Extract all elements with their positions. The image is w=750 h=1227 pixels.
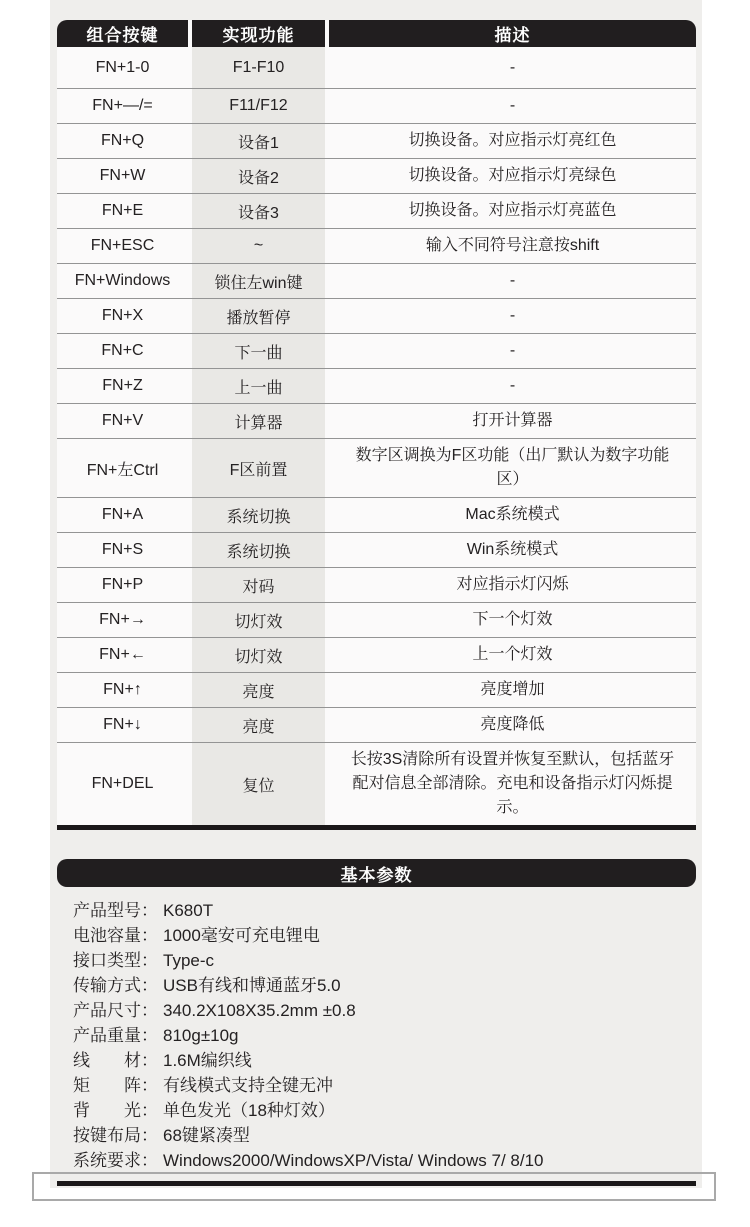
- param-label: 背 光：: [73, 1098, 158, 1123]
- param-value: 单色发光（18种灯效）: [163, 1098, 335, 1123]
- param-label: 线 材：: [73, 1048, 158, 1073]
- cell-keys: FN+Z: [57, 369, 188, 403]
- table-row: FN+—/= F11/F12 -: [57, 89, 696, 124]
- cell-keys: FN+A: [57, 498, 188, 532]
- header-cell-function: 实现功能: [192, 20, 325, 47]
- table-row: FN+P 对码 对应指示灯闪烁: [57, 568, 696, 603]
- cell-function: 系统切换: [188, 498, 329, 532]
- table-body: FN+1-0 F1-F10 - FN+—/= F11/F12 - FN+Q 设备…: [57, 47, 696, 825]
- cell-description: -: [329, 47, 696, 88]
- table-row: FN+左Ctrl F区前置 数字区调换为F区功能（出厂默认为数字功能区）: [57, 439, 696, 498]
- table-row: FN+DEL 复位 长按3S清除所有设置并恢复至默认，包括蓝牙配对信息全部清除。…: [57, 743, 696, 825]
- param-value: USB有线和博通蓝牙5.0: [163, 973, 341, 998]
- cell-keys: FN+↓: [57, 708, 188, 742]
- basic-params-header: 基本参数: [57, 859, 696, 887]
- bottom-cutoff-box: [32, 1172, 716, 1201]
- param-value: 340.2X108X35.2mm ±0.8: [163, 998, 356, 1023]
- cell-keys: FN+1-0: [57, 47, 188, 88]
- table-row: FN+Q 设备1 切换设备。对应指示灯亮红色: [57, 124, 696, 159]
- cell-function: F区前置: [188, 439, 329, 497]
- cell-description: 上一个灯效: [329, 638, 696, 672]
- param-line: 矩 阵： 有线模式支持全键无冲: [73, 1073, 696, 1098]
- cell-keys: FN+S: [57, 533, 188, 567]
- param-line: 接口类型： Type-c: [73, 948, 696, 973]
- table-row: FN+Z 上一曲 -: [57, 369, 696, 404]
- cell-description: 亮度降低: [329, 708, 696, 742]
- cell-function: 切灯效: [188, 603, 329, 637]
- cell-function: 计算器: [188, 404, 329, 438]
- cell-keys: FN+→: [57, 603, 188, 637]
- cell-description: 对应指示灯闪烁: [329, 568, 696, 602]
- cell-description: -: [329, 299, 696, 333]
- param-label: 产品重量：: [73, 1023, 158, 1048]
- param-line: 电池容量： 1000毫安可充电锂电: [73, 923, 696, 948]
- cell-keys: FN+DEL: [57, 743, 188, 825]
- cell-description: 切换设备。对应指示灯亮红色: [329, 124, 696, 158]
- cell-description: 打开计算器: [329, 404, 696, 438]
- cell-function: ~: [188, 229, 329, 263]
- param-label: 接口类型：: [73, 948, 158, 973]
- cell-function: 设备1: [188, 124, 329, 158]
- header-cell-keys: 组合按键: [57, 20, 188, 47]
- param-label: 按键布局：: [73, 1123, 158, 1148]
- cell-keys: FN+V: [57, 404, 188, 438]
- param-value: 68键紧凑型: [163, 1123, 250, 1148]
- cell-description: 下一个灯效: [329, 603, 696, 637]
- param-label: 传输方式：: [73, 973, 158, 998]
- table-row: FN+C 下一曲 -: [57, 334, 696, 369]
- param-label: 产品型号：: [73, 898, 158, 923]
- table-row: FN+E 设备3 切换设备。对应指示灯亮蓝色: [57, 194, 696, 229]
- cell-keys: FN+左Ctrl: [57, 439, 188, 497]
- cell-keys: FN+Q: [57, 124, 188, 158]
- param-value: K680T: [163, 898, 213, 923]
- basic-params-list: 产品型号： K680T 电池容量： 1000毫安可充电锂电 接口类型： Type…: [57, 898, 696, 1173]
- cell-function: 亮度: [188, 673, 329, 707]
- cell-keys: FN+Windows: [57, 264, 188, 298]
- cell-keys: FN+P: [57, 568, 188, 602]
- cell-function: F1-F10: [188, 47, 329, 88]
- cell-keys: FN+ESC: [57, 229, 188, 263]
- param-label: 电池容量：: [73, 923, 158, 948]
- table-row: FN+S 系统切换 Win系统模式: [57, 533, 696, 568]
- param-value: 有线模式支持全键无冲: [163, 1073, 333, 1098]
- cell-function: 系统切换: [188, 533, 329, 567]
- cell-function: 复位: [188, 743, 329, 825]
- cell-keys: FN+C: [57, 334, 188, 368]
- page-panel: 组合按键 实现功能 描述 FN+1-0 F1-F10 - FN+—/= F11/…: [50, 0, 702, 1188]
- param-line: 系统要求： Windows2000/WindowsXP/Vista/ Windo…: [73, 1148, 696, 1173]
- cell-keys: FN+W: [57, 159, 188, 193]
- param-line: 产品型号： K680T: [73, 898, 696, 923]
- cell-function: 下一曲: [188, 334, 329, 368]
- cell-description: 切换设备。对应指示灯亮绿色: [329, 159, 696, 193]
- cell-function: F11/F12: [188, 89, 329, 123]
- param-line: 产品尺寸： 340.2X108X35.2mm ±0.8: [73, 998, 696, 1023]
- cell-function: 切灯效: [188, 638, 329, 672]
- cell-description: Mac系统模式: [329, 498, 696, 532]
- cell-keys: FN+↑: [57, 673, 188, 707]
- cell-description: 数字区调换为F区功能（出厂默认为数字功能区）: [329, 439, 696, 497]
- param-line: 传输方式： USB有线和博通蓝牙5.0: [73, 973, 696, 998]
- table-row: FN+↓ 亮度 亮度降低: [57, 708, 696, 743]
- cell-function: 对码: [188, 568, 329, 602]
- cell-function: 锁住左win键: [188, 264, 329, 298]
- header-cell-description: 描述: [329, 20, 696, 47]
- table-row: FN+X 播放暂停 -: [57, 299, 696, 334]
- cell-function: 设备2: [188, 159, 329, 193]
- table-row: FN+← 切灯效 上一个灯效: [57, 638, 696, 673]
- basic-params-title: 基本参数: [341, 861, 413, 886]
- cell-keys: FN+E: [57, 194, 188, 228]
- table-row: FN+1-0 F1-F10 -: [57, 47, 696, 89]
- cell-description: Win系统模式: [329, 533, 696, 567]
- param-label: 系统要求：: [73, 1148, 158, 1173]
- table-header-row: 组合按键 实现功能 描述: [57, 20, 696, 47]
- cell-description: 亮度增加: [329, 673, 696, 707]
- param-value: 1.6M编织线: [163, 1048, 252, 1073]
- cell-description: 切换设备。对应指示灯亮蓝色: [329, 194, 696, 228]
- cell-description: -: [329, 264, 696, 298]
- cell-description: 输入不同符号注意按shift: [329, 229, 696, 263]
- shortcut-table: 组合按键 实现功能 描述 FN+1-0 F1-F10 - FN+—/= F11/…: [57, 20, 696, 830]
- cell-function: 设备3: [188, 194, 329, 228]
- param-line: 背 光： 单色发光（18种灯效）: [73, 1098, 696, 1123]
- table-bottom-border: [57, 825, 696, 830]
- table-row: FN+V 计算器 打开计算器: [57, 404, 696, 439]
- param-value: 1000毫安可充电锂电: [163, 923, 320, 948]
- table-row: FN+W 设备2 切换设备。对应指示灯亮绿色: [57, 159, 696, 194]
- cell-function: 播放暂停: [188, 299, 329, 333]
- param-line: 产品重量： 810g±10g: [73, 1023, 696, 1048]
- cell-description: -: [329, 334, 696, 368]
- param-value: Windows2000/WindowsXP/Vista/ Windows 7/ …: [163, 1148, 543, 1173]
- page-content: 组合按键 实现功能 描述 FN+1-0 F1-F10 - FN+—/= F11/…: [57, 20, 696, 1186]
- table-row: FN+ESC ~ 输入不同符号注意按shift: [57, 229, 696, 264]
- cell-description: 长按3S清除所有设置并恢复至默认，包括蓝牙配对信息全部清除。充电和设备指示灯闪烁…: [329, 743, 696, 825]
- param-value: 810g±10g: [163, 1023, 239, 1048]
- table-row: FN+Windows 锁住左win键 -: [57, 264, 696, 299]
- table-row: FN+A 系统切换 Mac系统模式: [57, 498, 696, 533]
- param-label: 产品尺寸：: [73, 998, 158, 1023]
- param-value: Type-c: [163, 948, 214, 973]
- param-line: 线 材： 1.6M编织线: [73, 1048, 696, 1073]
- cell-description: -: [329, 369, 696, 403]
- param-line: 按键布局： 68键紧凑型: [73, 1123, 696, 1148]
- cell-function: 上一曲: [188, 369, 329, 403]
- param-label: 矩 阵：: [73, 1073, 158, 1098]
- cell-keys: FN+X: [57, 299, 188, 333]
- cell-keys: FN+—/=: [57, 89, 188, 123]
- cell-function: 亮度: [188, 708, 329, 742]
- table-row: FN+→ 切灯效 下一个灯效: [57, 603, 696, 638]
- table-row: FN+↑ 亮度 亮度增加: [57, 673, 696, 708]
- cell-description: -: [329, 89, 696, 123]
- cell-keys: FN+←: [57, 638, 188, 672]
